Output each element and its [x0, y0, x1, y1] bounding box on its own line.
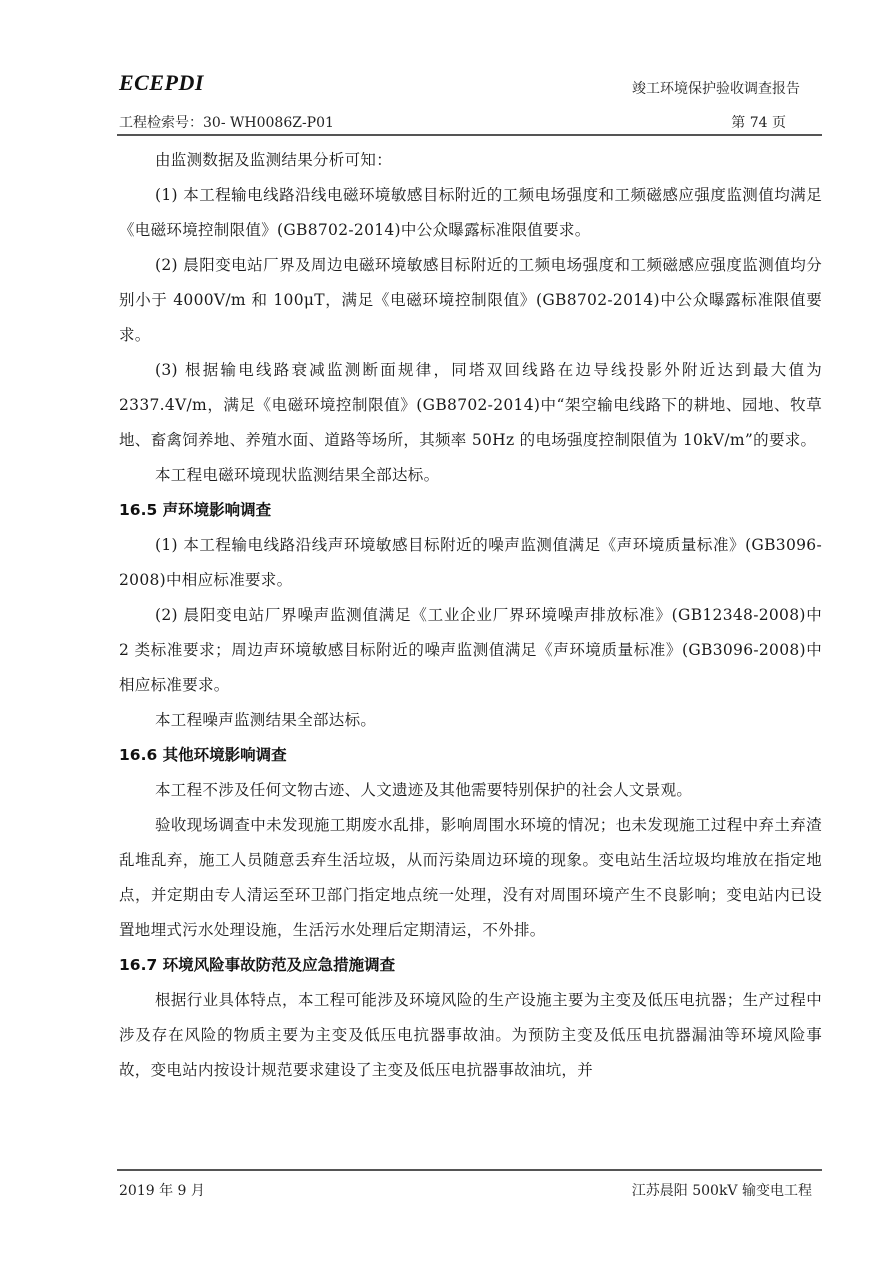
paragraph-em-2: (2) 晨阳变电站厂界及周边电磁环境敏感目标附近的工频电场强度和工频磁感应强度监… — [119, 248, 822, 353]
footer-date: 2019 年 9 月 — [119, 1180, 205, 1200]
company-logo: ECEPDI — [119, 70, 204, 96]
paragraph-risk-1: 根据行业具体特点，本工程可能涉及环境风险的生产设施主要为主变及低压电抗器；生产过… — [119, 983, 822, 1088]
paragraph-em-conclusion: 本工程电磁环境现状监测结果全部达标。 — [119, 458, 822, 493]
page-number: 第 74 页 — [731, 112, 786, 132]
paragraph-em-1: (1) 本工程输电线路沿线电磁环境敏感目标附近的工频电场强度和工频磁感应强度监测… — [119, 178, 822, 248]
footer-project-name: 江苏晨阳 500kV 输变电工程 — [632, 1180, 812, 1200]
document-page: ECEPDI 竣工环境保护验收调查报告 工程检索号：30- WH0086Z-P0… — [117, 0, 822, 1262]
document-body: 由监测数据及监测结果分析可知： (1) 本工程输电线路沿线电磁环境敏感目标附近的… — [119, 143, 822, 1088]
page-header: ECEPDI 竣工环境保护验收调查报告 — [119, 70, 822, 100]
paragraph-em-3: (3) 根据输电线路衰减监测断面规律，同塔双回线路在边导线投影外附近达到最大值为… — [119, 353, 822, 458]
paragraph-noise-conclusion: 本工程噪声监测结果全部达标。 — [119, 703, 822, 738]
header-divider — [117, 134, 822, 136]
section-heading-16-5: 16.5 声环境影响调查 — [119, 493, 822, 528]
paragraph-noise-2: (2) 晨阳变电站厂界噪声监测值满足《工业企业厂界环境噪声排放标准》(GB123… — [119, 598, 822, 703]
footer-divider — [117, 1169, 822, 1171]
section-heading-16-6: 16.6 其他环境影响调查 — [119, 738, 822, 773]
paragraph-other-1: 本工程不涉及任何文物古迹、人文遗迹及其他需要特别保护的社会人文景观。 — [119, 773, 822, 808]
project-code: 工程检索号：30- WH0086Z-P01 — [119, 112, 334, 132]
paragraph-intro: 由监测数据及监测结果分析可知： — [119, 143, 822, 178]
paragraph-noise-1: (1) 本工程输电线路沿线声环境敏感目标附近的噪声监测值满足《声环境质量标准》(… — [119, 528, 822, 598]
section-heading-16-7: 16.7 环境风险事故防范及应急措施调查 — [119, 948, 822, 983]
header-meta: 工程检索号：30- WH0086Z-P01 第 74 页 — [119, 112, 822, 132]
report-title: 竣工环境保护验收调查报告 — [632, 78, 800, 98]
paragraph-other-2: 验收现场调查中未发现施工期废水乱排，影响周围水环境的情况；也未发现施工过程中弃土… — [119, 808, 822, 948]
